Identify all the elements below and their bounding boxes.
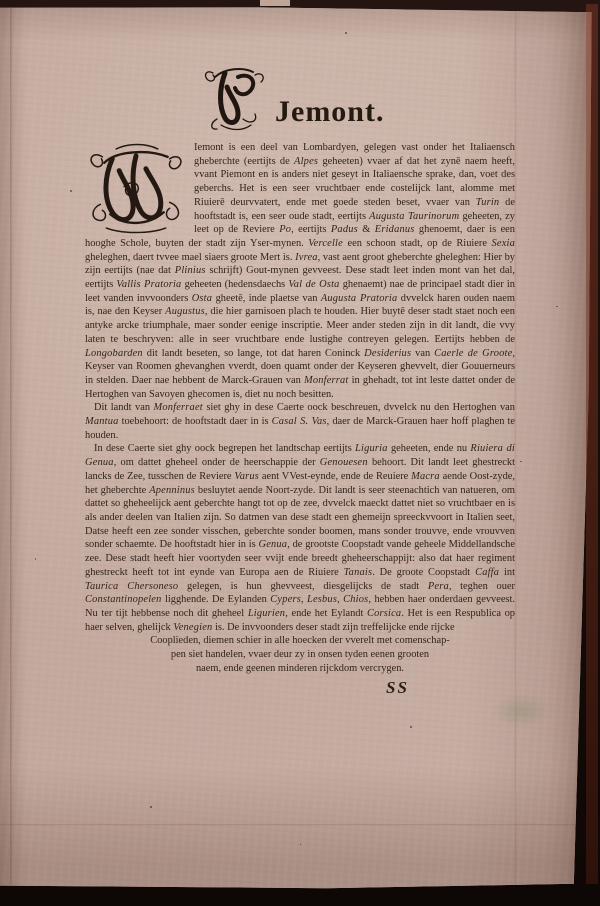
- drop-cap-icon: [85, 143, 187, 236]
- closing-line: Cooplieden, diemen schier in alle hoecke…: [85, 634, 515, 648]
- ornate-initial-icon: [203, 62, 267, 132]
- facing-page-edge: [260, 0, 290, 6]
- paper-speck: [35, 558, 36, 560]
- closing-lines: Cooplieden, diemen schier in alle hoecke…: [85, 634, 515, 675]
- paper-crease-left: [10, 6, 13, 890]
- paragraph-2: Dit landt van Monferraet siet ghy in des…: [85, 401, 515, 442]
- signature-mark: SS: [386, 681, 409, 695]
- paper-stain: [492, 694, 550, 728]
- chapter-title: Jemont.: [203, 58, 515, 132]
- paper-speck: [410, 726, 412, 728]
- body-text: Iemont is een deel van Lombardyen, geleg…: [85, 141, 515, 695]
- paper-speck: [556, 306, 558, 307]
- paper-speck: [70, 190, 72, 192]
- page-content: Jemont.: [85, 58, 515, 695]
- chapter-title-text: Jemont.: [275, 95, 384, 132]
- paper-speck: [345, 32, 347, 34]
- paper-speck: [150, 806, 152, 808]
- paragraph-1: Iemont is een deel van Lombardyen, geleg…: [85, 141, 515, 401]
- paragraph-3: In dese Caerte siet ghy oock begrepen he…: [85, 442, 515, 634]
- paper-speck: [300, 844, 301, 845]
- paper-speck: [520, 461, 522, 462]
- book-page: Jemont.: [0, 6, 594, 890]
- closing-line: pen siet handelen, vvaer deur zy in onse…: [85, 648, 515, 662]
- paper-crease-bottom: [0, 824, 594, 826]
- book-photograph: Jemont.: [0, 0, 600, 906]
- closing-line: naem, ende geenen minderen rijckdom verc…: [85, 662, 515, 676]
- binding-edge: [586, 4, 598, 884]
